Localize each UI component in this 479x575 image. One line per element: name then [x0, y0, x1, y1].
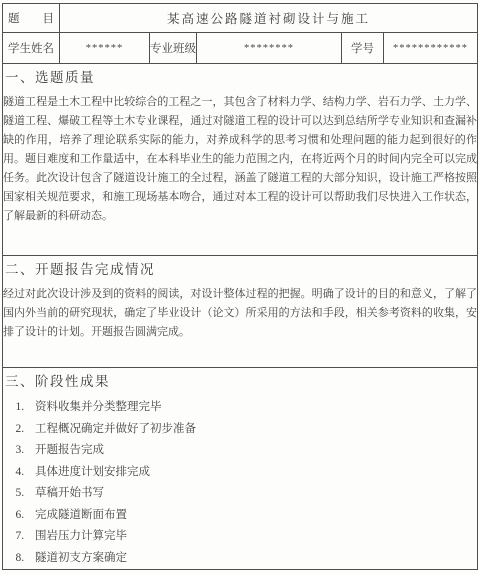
section-topic-quality: 一、选题质量 隧道工程是土木工程中比较综合的工程之一，其包含了材料力学、结构力学… — [3, 64, 478, 256]
section-heading-topic-quality: 一、选题质量 — [5, 66, 477, 86]
section-row-stage-results: 三、阶段性成果 资料收集并分类整理完毕 工程概况确定并做好了初步准备 开题报告完… — [3, 368, 478, 570]
thesis-title: 某高速公路隧道衬砌设计与施工 — [60, 4, 478, 33]
student-info-row: 学生姓名 ****** 专业班级 ******** 学号 ***********… — [3, 33, 478, 64]
list-item: 工程概况确定并做好了初步准备 — [27, 419, 477, 441]
section-row-proposal-status: 二、开题报告完成情况 经过对此次设计涉及到的资料的阅读，对设计整体过程的把握。明… — [3, 256, 478, 368]
title-row: 题 目 某高速公路隧道衬砌设计与施工 — [3, 4, 478, 33]
section-paragraph-proposal-status: 经过对此次设计涉及到的资料的阅读，对设计整体过程的把握。明确了设计的目的和意义，… — [3, 285, 477, 342]
section-paragraph-topic-quality: 隧道工程是土木工程中比较综合的工程之一，其包含了材料力学、结构力学、岩石力学、土… — [3, 93, 477, 226]
section-proposal-status: 二、开题报告完成情况 经过对此次设计涉及到的资料的阅读，对设计整体过程的把握。明… — [3, 256, 478, 368]
list-item: 资料收集并分类整理完毕 — [27, 397, 477, 419]
student-id-value: ************ — [384, 33, 478, 64]
list-item: 完成隧道断面布置 — [27, 505, 477, 527]
title-label: 题 目 — [3, 4, 60, 33]
section-stage-results: 三、阶段性成果 资料收集并分类整理完毕 工程概况确定并做好了初步准备 开题报告完… — [3, 368, 478, 570]
student-name-value: ****** — [60, 33, 150, 64]
list-item: 具体进度计划安排完成 — [27, 462, 477, 484]
student-id-label: 学号 — [342, 33, 384, 64]
report-form: 题 目 某高速公路隧道衬砌设计与施工 学生姓名 ****** 专业班级 ****… — [2, 3, 477, 570]
list-item: 隧道初支方案确定 — [27, 548, 477, 570]
section-row-topic-quality: 一、选题质量 隧道工程是土木工程中比较综合的工程之一，其包含了材料力学、结构力学… — [3, 64, 478, 256]
class-value: ******** — [197, 33, 342, 64]
list-item: 开题报告完成 — [27, 440, 477, 462]
section-heading-stage-results: 三、阶段性成果 — [5, 370, 477, 390]
class-label: 专业班级 — [150, 33, 197, 64]
list-item: 围岩压力计算完毕 — [27, 526, 477, 548]
list-item: 草稿开始书写 — [27, 483, 477, 505]
report-table: 题 目 某高速公路隧道衬砌设计与施工 学生姓名 ****** 专业班级 ****… — [2, 3, 478, 570]
stage-results-list: 资料收集并分类整理完毕 工程概况确定并做好了初步准备 开题报告完成 具体进度计划… — [3, 397, 477, 569]
section-heading-proposal-status: 二、开题报告完成情况 — [5, 258, 477, 278]
student-name-label: 学生姓名 — [3, 33, 60, 64]
